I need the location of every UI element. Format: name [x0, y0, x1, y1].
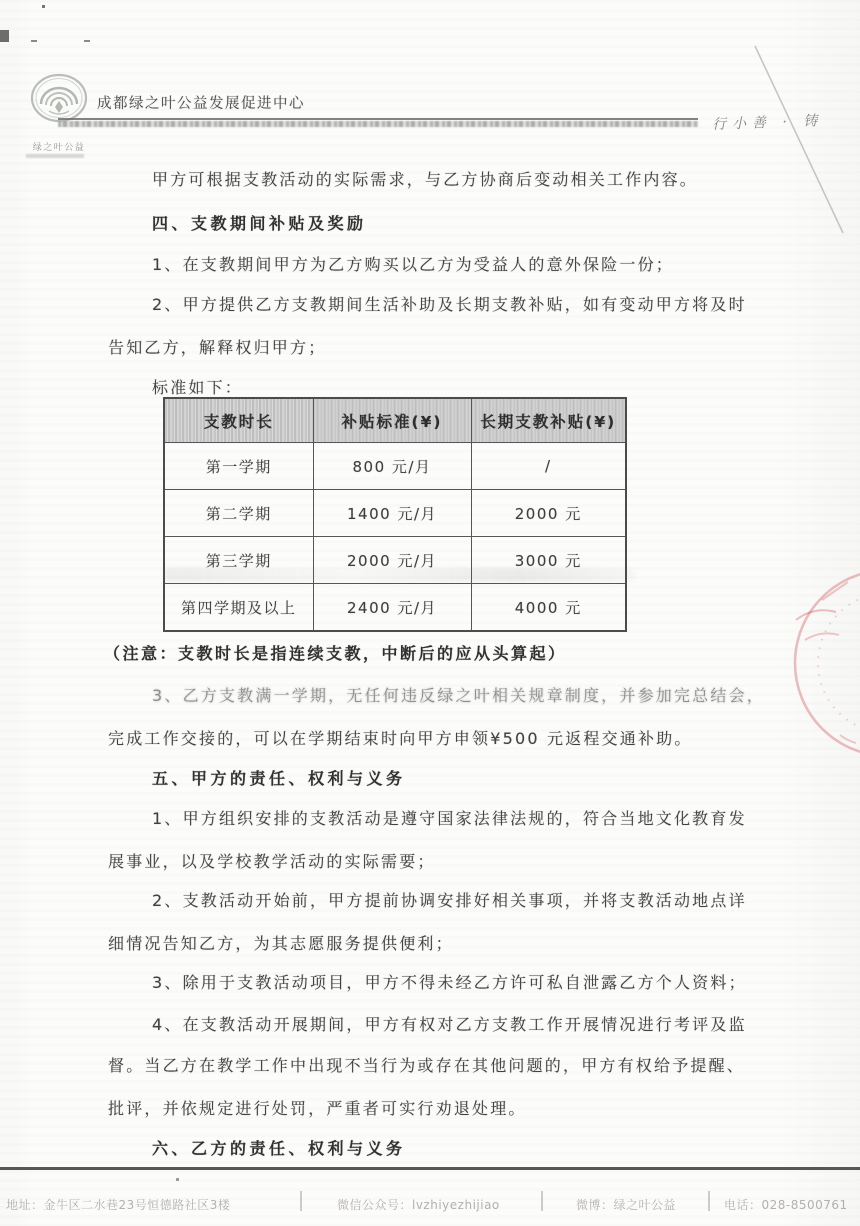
- footer-divider: [708, 1191, 710, 1211]
- scan-speck: [176, 1178, 179, 1181]
- paragraph-5-4-line1: 4、在支教活动开展期间，甲方有权对乙方支教工作开展情况进行考评及监: [152, 1012, 747, 1035]
- paragraph-5-1-line1: 1、甲方组织安排的支教活动是遵守国家法律法规的，符合当地文化教育发: [152, 806, 747, 829]
- table-cell: 800 元/月: [313, 443, 471, 490]
- paragraph-5-2-line2: 细情况告知乙方，为其志愿服务提供便利；: [108, 931, 454, 954]
- table-cell: 第三学期: [164, 537, 313, 584]
- paragraph-intro: 甲方可根据支教活动的实际需求，与乙方协商后变动相关工作内容。: [152, 167, 698, 190]
- scan-speck: [0, 30, 9, 42]
- scan-speck: [42, 5, 45, 8]
- logo-subtext-blur: [26, 154, 84, 158]
- section-heading-4: 四、支教期间补贴及奖励: [152, 211, 367, 234]
- footer-divider: [300, 1191, 302, 1211]
- table-header-row: 支教时长 补贴标准(¥) 长期支教补贴(¥): [164, 398, 626, 443]
- paragraph-4-3-line1: 3、乙方支教满一学期，无任何违反绿之叶相关规章制度，并参加完总结会，: [152, 683, 765, 706]
- paragraph-5-2-line1: 2、支教活动开始前，甲方提前协调安排好相关事项，并将支教活动地点详: [152, 888, 747, 911]
- paragraph-5-4-line2: 督。当乙方在教学工作中出现不当行为或存在其他问题的，甲方有权给予提醒、: [108, 1053, 745, 1076]
- paragraph-5-1-line2: 展事业，以及学校教学活动的实际需要；: [108, 849, 436, 872]
- table-header-cell: 长期支教补贴(¥): [471, 398, 626, 443]
- paragraph-4-2-line2: 告知乙方，解释权归甲方；: [108, 335, 326, 358]
- paragraph-4-1: 1、在支教期间甲方为乙方购买以乙方为受益人的意外保险一份；: [152, 252, 674, 275]
- table-header-cell: 支教时长: [164, 398, 313, 443]
- table-cell: 2400 元/月: [313, 584, 471, 632]
- table-cell: 1400 元/月: [313, 490, 471, 537]
- table-note: （注意：支教时长是指连续支教，中断后的应从头算起）: [104, 641, 567, 664]
- footer-weibo: 微博：绿之叶公益: [576, 1196, 676, 1213]
- section-heading-6: 六、乙方的责任、权利与义务: [152, 1136, 406, 1159]
- logo-caption: 绿之叶公益: [20, 140, 98, 153]
- footer-divider: [541, 1191, 543, 1211]
- scan-speck: [84, 40, 90, 42]
- handwritten-note: 行小善 · 铸: [712, 110, 824, 134]
- table-row: 第二学期 1400 元/月 2000 元: [164, 490, 626, 537]
- table-cell: 第二学期: [164, 490, 313, 537]
- table-cell: /: [471, 443, 626, 490]
- table-cell: 2000 元/月: [313, 537, 471, 584]
- paragraph-5-4-line3: 批评，并依规定进行处罚，严重者可实行劝退处理。: [108, 1096, 527, 1119]
- footer-rule: [0, 1167, 860, 1170]
- paragraph-4-3-line2: 完成工作交接的，可以在学期结束时向甲方申领¥500 元返程交通补助。: [108, 726, 693, 749]
- table-row: 第四学期及以上 2400 元/月 4000 元: [164, 584, 626, 632]
- standards-label: 标准如下：: [152, 375, 243, 398]
- footer-address: 地址：金牛区二水巷23号恒德路社区3楼: [6, 1196, 230, 1213]
- scan-speck: [31, 40, 37, 42]
- table-cell: 第一学期: [164, 443, 313, 490]
- paragraph-4-2-line1: 2、甲方提供乙方支教期间生活补助及长期支教补贴，如有变动甲方将及时: [152, 292, 747, 315]
- table-cell: 4000 元: [471, 584, 626, 632]
- paper-crease-line: [755, 46, 843, 233]
- table-header-cell: 补贴标准(¥): [313, 398, 471, 443]
- scanned-document-page: 绿之叶公益 成都绿之叶公益发展促进中心 行小善 · 铸 甲方可根据支教活动的实际…: [0, 0, 860, 1226]
- footer-wechat: 微信公众号：lvzhiyezhijiao: [337, 1196, 500, 1213]
- header-divider-texture: [58, 121, 698, 127]
- table-row: 第一学期 800 元/月 /: [164, 443, 626, 490]
- table-cell: 3000 元: [471, 537, 626, 584]
- section-heading-5: 五、甲方的责任、权利与义务: [152, 766, 406, 789]
- red-seal-stamp: [795, 570, 860, 756]
- org-name: 成都绿之叶公益发展促进中心: [97, 92, 305, 113]
- table-cell: 第四学期及以上: [164, 584, 313, 632]
- table-cell: 2000 元: [471, 490, 626, 537]
- header-divider: [58, 118, 698, 120]
- paragraph-5-3: 3、除用于支教活动项目，甲方不得未经乙方许可私自泄露乙方个人资料；: [152, 970, 747, 993]
- subsidy-table: 支教时长 补贴标准(¥) 长期支教补贴(¥) 第一学期 800 元/月 / 第二…: [163, 397, 627, 632]
- table-row: 第三学期 2000 元/月 3000 元: [164, 537, 626, 584]
- footer-phone: 电话：028-8500761: [724, 1196, 848, 1213]
